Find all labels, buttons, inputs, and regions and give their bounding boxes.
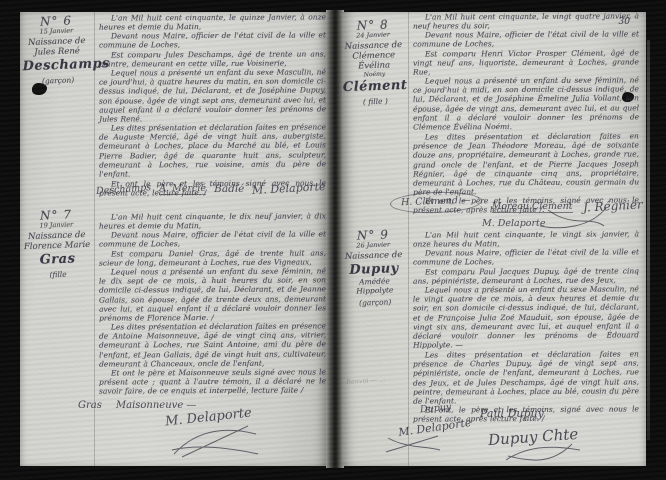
act1-margin-annotation: N° 6 15 Janvier Naissance de Jules René … bbox=[21, 13, 93, 86]
act4-given-names: Amédée Hippolyte bbox=[342, 276, 407, 296]
act3-given-names: Clémence Évélina bbox=[342, 50, 406, 72]
act1-surname: Deschamps bbox=[22, 57, 92, 74]
act-paragraph: Lequel nous a présenté un enfant du sexe… bbox=[413, 285, 639, 351]
act4-signature-father: Dupuy bbox=[420, 403, 451, 414]
act1-body: L'an Mil huit cent cinquante, le quinze … bbox=[99, 13, 326, 197]
signature-mayor: M. Delaporte bbox=[252, 180, 326, 197]
margin-rule bbox=[94, 12, 95, 466]
act2-body: L'an Mil huit cent cinquante, le dix neu… bbox=[99, 212, 326, 396]
act-paragraph: L'an Mil huit cent cinquante, le quinze … bbox=[99, 12, 326, 32]
margin-rule bbox=[408, 12, 409, 466]
act3-body: L'an Mil huit cent cinquante, le vingt q… bbox=[413, 12, 639, 214]
signature-mayor: M. Delaporte bbox=[482, 218, 546, 229]
act-paragraph: Est comparu Paul Jacques Dupuy, âgé de t… bbox=[413, 266, 639, 286]
signature-paraphe-icon bbox=[538, 202, 608, 232]
signature-paraphe-icon bbox=[382, 432, 442, 454]
act-paragraph: Devant nous Maire, officier de l'état ci… bbox=[99, 230, 326, 250]
page-right: 30 N° 8 24 Janvier Naissance de Clémence… bbox=[342, 12, 646, 466]
act-paragraph: Est comparu Jules Deschamps, âgé de tren… bbox=[99, 49, 326, 69]
act-paragraph: Lequel nous a présenté un enfant du sexe… bbox=[99, 68, 326, 124]
signature-father: H. Clémend — bbox=[390, 190, 482, 214]
act4-margin-annotation: N° 9 26 Janvier Naissance de Dupuy Amédé… bbox=[342, 227, 407, 308]
signature-witness: Paul Dupuy bbox=[480, 407, 544, 420]
act-paragraph: Devant nous Maire, officier de l'état ci… bbox=[99, 31, 326, 51]
act2-margin-annotation: N° 7 19 Janvier Naissance de Florence Ma… bbox=[21, 207, 93, 280]
page-left: N° 6 15 Janvier Naissance de Jules René … bbox=[20, 12, 328, 466]
act2-date: 19 Janvier bbox=[21, 220, 91, 230]
act-paragraph: Devant nous Maire, officier de l'état ci… bbox=[413, 248, 639, 268]
act-paragraph: Les dites présentation et déclaration fa… bbox=[99, 322, 326, 369]
act2-sex: (fille bbox=[23, 269, 93, 280]
act-paragraph: Les dites présentation et déclaration fa… bbox=[99, 123, 326, 179]
act3-mayor-signature: M. Delaporte bbox=[482, 218, 546, 229]
act-paragraph: Est comparu Henri Victor Prosper Clément… bbox=[413, 48, 639, 77]
act4-signature-witness: Paul Dupuy bbox=[480, 407, 544, 420]
signature-witness: A. Mercié bbox=[159, 183, 206, 195]
act2-mayor-signature: M. Delaporte bbox=[165, 410, 252, 425]
signature-paraphe-icon bbox=[170, 424, 260, 458]
signature-father: Deschamps bbox=[96, 182, 152, 197]
act4-body: L'an Mil huit cent cinquante, le vingt s… bbox=[413, 230, 639, 423]
act3-surname: Clément bbox=[343, 78, 407, 95]
signature-father: Gras bbox=[78, 400, 102, 411]
act-paragraph: L'an Mil huit cent cinquante, le dix neu… bbox=[99, 211, 326, 231]
ink-blot bbox=[32, 83, 47, 95]
act-paragraph: L'an Mil huit cent cinquante, le vingt q… bbox=[413, 12, 639, 31]
act1-signatures: Deschamps A. Mercié Badié M. Delaporte bbox=[96, 182, 326, 195]
act-paragraph: L'an Mil huit cent cinquante, le vingt s… bbox=[413, 229, 639, 249]
act-paragraph: Devant nous Maire, officier de l'état ci… bbox=[413, 30, 639, 50]
act-paragraph: Les dites présentation et déclaration fa… bbox=[413, 349, 639, 405]
act1-date: 15 Janvier bbox=[21, 26, 91, 36]
page-stack-edge bbox=[647, 40, 650, 440]
register-scan: N° 6 15 Janvier Naissance de Jules René … bbox=[0, 0, 666, 480]
signature-witness: Badié bbox=[214, 183, 244, 195]
marginal-note: Renvoi — … bbox=[346, 374, 404, 386]
act3-margin-annotation: N° 8 24 Janvier Naissance de Clémence Év… bbox=[342, 17, 408, 107]
act-paragraph: Les dites présentation et déclaration fa… bbox=[413, 131, 639, 197]
act-paragraph: Est comparu Daniel Gras, âgé de trente h… bbox=[99, 248, 326, 268]
act-paragraph: Lequel nous a présenté un enfant du sexe… bbox=[413, 76, 639, 132]
act2-surname: Gras bbox=[22, 251, 92, 268]
signature-paraphe-icon bbox=[502, 442, 582, 466]
act3-sex: ( fille ) bbox=[343, 96, 407, 107]
act3-date: 24 Janvier bbox=[342, 30, 405, 40]
act4-sex: (garçon) bbox=[343, 297, 407, 308]
act-paragraph: Lequel nous a présenté un enfant du sexe… bbox=[99, 267, 326, 323]
act4-date: 26 Janvier bbox=[342, 240, 405, 250]
act-paragraph: Et ont le père et Maisonneuve seuls sign… bbox=[99, 368, 326, 397]
signature-father: Dupuy bbox=[420, 402, 452, 416]
act4-surname: Dupuy bbox=[342, 261, 406, 278]
